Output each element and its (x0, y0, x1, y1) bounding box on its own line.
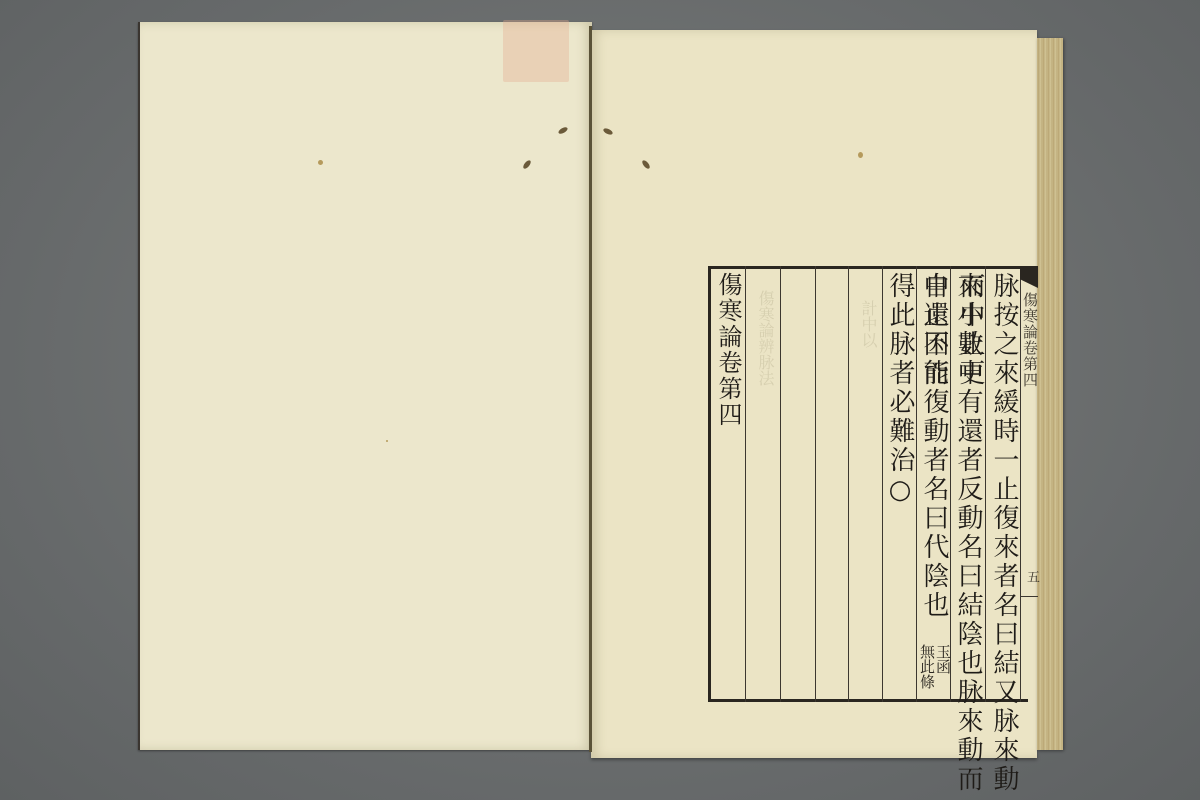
page-edges-stack (1037, 38, 1063, 750)
column-rule (815, 266, 816, 702)
page-number-rule (1020, 596, 1038, 597)
annotation-note-line-1: 玉函 (934, 644, 951, 674)
text-column-2: 來小數中有還者反動名曰結陰也脉來動而中止不能 (951, 272, 985, 800)
volume-title: 傷寒論卷第四 (711, 272, 745, 428)
annotation-note-line-2: 無此條 (918, 644, 935, 689)
column-rule (848, 266, 849, 702)
left-page (138, 22, 592, 750)
text-column-1: 脉按之來緩時一止復來者名曰結又脉來動而中止更 (987, 272, 1021, 800)
page-number: 五 (1022, 570, 1041, 583)
column-rule (745, 266, 746, 702)
column-rule (780, 266, 781, 702)
library-seal-stamp (503, 20, 569, 82)
centerfold-title: 傷寒論卷第四 (1021, 292, 1038, 388)
foxing-spot (386, 440, 388, 442)
foxing-spot (858, 152, 863, 158)
book-gutter (589, 26, 592, 752)
foxing-spot (318, 160, 323, 165)
text-column-3: 自還因而復動者名曰代陰也得此脉者必難治○ (917, 272, 951, 642)
